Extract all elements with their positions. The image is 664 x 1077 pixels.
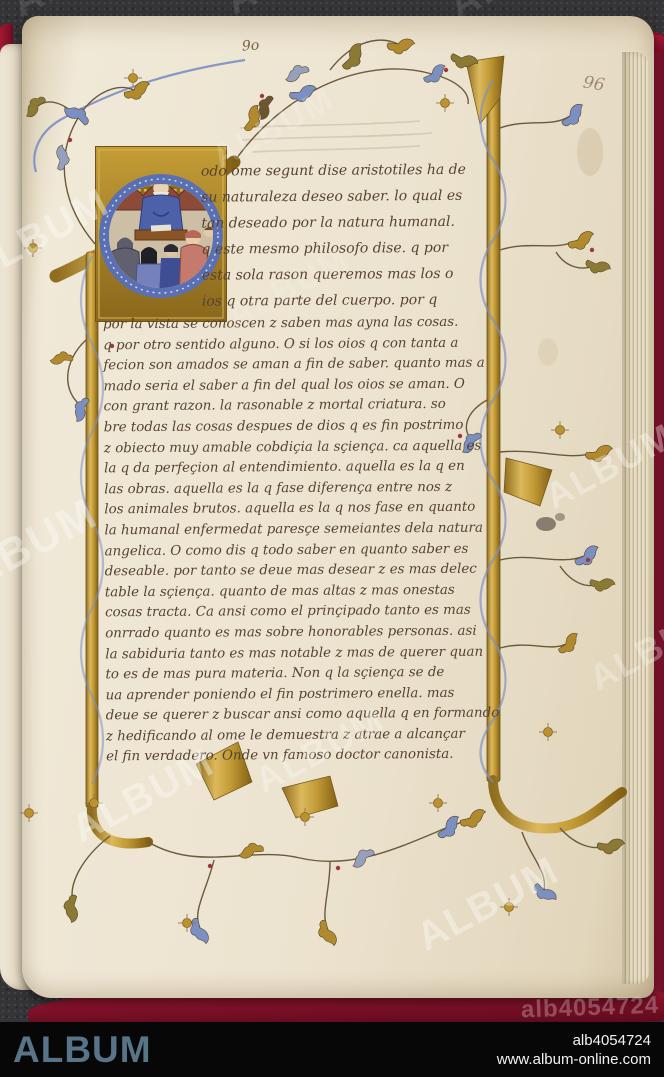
text-line: mado seria el saber a fin del qual los o… bbox=[103, 374, 483, 397]
text-line: deseable. por tanto se deue mas desear z… bbox=[105, 560, 485, 583]
image-id: alb4054724 bbox=[573, 1032, 651, 1049]
text-line: onrrado quanto es mas sobre honorables p… bbox=[105, 622, 485, 645]
text-line: fecion son amados se aman a fin de saber… bbox=[103, 354, 483, 377]
text-lines-beside-miniature: odo ome segunt dise aristotiles ha de su… bbox=[102, 157, 483, 316]
text-line: table la sçiença. quanto de mas altas z … bbox=[105, 580, 485, 603]
text-line: z obiecto muy amable cobdiçia la sçiença… bbox=[104, 436, 484, 459]
text-line: ua aprender poniendo el fin postrimero e… bbox=[106, 683, 486, 706]
text-line: el fin verdadero. Onde vn famoso doctor … bbox=[106, 745, 486, 768]
text-line: con grant razon. la rasonable z mortal c… bbox=[104, 395, 484, 418]
text-line: esta sola rason queremos mas los o bbox=[202, 261, 483, 289]
text-line: odo ome segunt dise aristotiles ha de bbox=[201, 157, 482, 185]
text-line: angelica. O como dis q todo saber en qua… bbox=[105, 539, 485, 562]
text-line: por la vista se conoscen z saben mas ayn… bbox=[103, 313, 483, 336]
text-line: la q da perfeçion al entendimiento. aque… bbox=[104, 457, 484, 480]
stock-photo-manuscript: ALBUM ALBUM ALBUM bbox=[0, 0, 664, 1077]
text-line: la sabiduria tanto es mas notable z mas … bbox=[105, 642, 485, 665]
text-line: cosas tracta. Ca ansi como el prinçipado… bbox=[105, 601, 485, 624]
text-line: z hedificando al ome le demuestra z atra… bbox=[106, 725, 486, 748]
quire-mark: 9o bbox=[241, 37, 259, 54]
text-line: tan deseado por la natura humanal. bbox=[201, 209, 482, 237]
caption-bar: ALBUM alb4054724 www.album-online.com bbox=[0, 1022, 664, 1077]
text-line: deue se querer z buscar ansi como aquell… bbox=[106, 704, 486, 727]
text-line: su naturaleza deseo saber. lo qual es bbox=[201, 183, 482, 211]
text-line: ios q otra parte del cuerpo. por q bbox=[202, 287, 483, 315]
folio-number: 96 bbox=[582, 72, 607, 95]
album-logo: ALBUM bbox=[13, 1031, 152, 1068]
text-line: la humanal enfermedat paresçe semeiantes… bbox=[104, 519, 484, 542]
website-url: www.album-online.com bbox=[497, 1051, 651, 1068]
text-line: las obras. aquella es la q fase diferenç… bbox=[104, 477, 484, 500]
text-line: to es de mas pura materia. Non q la sçie… bbox=[105, 663, 485, 686]
text-lines-full-width: por la vista se conoscen z saben mas ayn… bbox=[103, 313, 486, 769]
page-fore-edge bbox=[622, 52, 649, 984]
caption-meta: alb4054724 www.album-online.com bbox=[497, 1031, 651, 1069]
text-line: los animales brutos. aquella es la q nos… bbox=[104, 498, 484, 521]
text-line: q por otro sentido alguno. O si los oios… bbox=[103, 333, 483, 356]
manuscript-text-block: odo ome segunt dise aristotiles ha de su… bbox=[102, 157, 486, 769]
text-line: q este mesmo philosofo dise. q por bbox=[201, 235, 482, 263]
text-line: bre todas las cosas despues de dios q es… bbox=[104, 416, 484, 439]
